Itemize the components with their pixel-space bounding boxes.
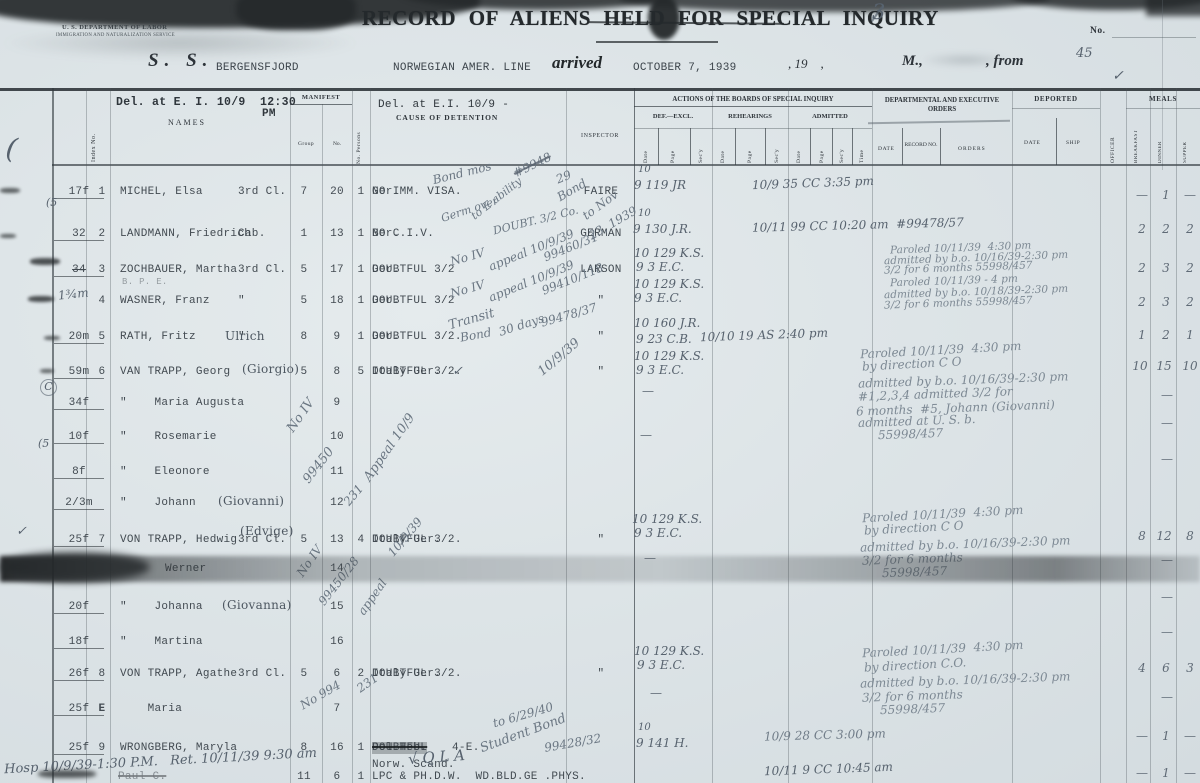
def-excl-entry: 10 129 K.S. bbox=[632, 512, 702, 526]
meals-supper: — bbox=[1178, 729, 1200, 743]
inspector-name: " bbox=[568, 668, 634, 680]
col-manifest-no: No. bbox=[323, 141, 351, 147]
col-dept-exec: DEPARTMENTAL AND EXECUTIVE ORDERS bbox=[876, 97, 1008, 114]
class: Cab. bbox=[238, 228, 266, 240]
persons-count: 1 bbox=[354, 228, 368, 240]
passenger-name: Paul C. bbox=[118, 771, 166, 783]
ink-smear bbox=[40, 369, 54, 373]
year-blank: , 19 , bbox=[788, 56, 824, 72]
manifest-no: 8 bbox=[324, 366, 350, 378]
meals-dash: — bbox=[1150, 416, 1184, 430]
col-names: NAMES bbox=[168, 118, 206, 127]
def-excl-entry: 10 129 K.S. bbox=[634, 349, 704, 363]
manifest-no: 7 bbox=[324, 703, 350, 715]
col-pm: PM bbox=[262, 108, 276, 120]
ink-smear bbox=[0, 188, 20, 193]
row-no: 2 bbox=[92, 228, 112, 240]
col-deported: DEPORTED bbox=[1012, 95, 1100, 103]
col-supper: Supper bbox=[1183, 117, 1188, 163]
col-date: Date bbox=[643, 133, 649, 163]
meals-supper: 2 bbox=[1178, 261, 1200, 275]
col-del-cause: Del. at E.I. 10/9 - bbox=[378, 99, 509, 111]
ink-smudge bbox=[1146, 0, 1200, 16]
smudge-blob bbox=[0, 552, 150, 582]
table-line bbox=[52, 164, 1200, 166]
table-line bbox=[765, 128, 766, 165]
manifest-group: 5 bbox=[294, 668, 314, 680]
meridiem-label: M., bbox=[902, 53, 923, 70]
scanned-document: U. S. DEPARTMENT OF LABOR IMMIGRATION AN… bbox=[0, 0, 1200, 783]
manifest-no: 9 bbox=[324, 397, 350, 409]
dept-sublabel: IMMIGRATION AND NATURALIZATION SERVICE bbox=[56, 33, 175, 38]
table-line bbox=[735, 128, 736, 165]
col-breakfast: Breakfast bbox=[1134, 117, 1139, 163]
row-no: 6 bbox=[92, 366, 112, 378]
manifest-no: 11 bbox=[324, 466, 350, 478]
meals-dinner: 2 bbox=[1154, 222, 1178, 236]
col-orders: Orders bbox=[958, 146, 986, 152]
table-line bbox=[810, 128, 811, 165]
class: " bbox=[238, 331, 245, 343]
index-no: 8f bbox=[54, 466, 104, 479]
detention-cause: DOUBTFUL 3/2 bbox=[372, 264, 455, 276]
meals-breakfast: — bbox=[1130, 188, 1154, 202]
manifest-group: 5 bbox=[294, 534, 314, 546]
passenger-name: " Eleonore bbox=[120, 466, 210, 478]
def-excl-entry: 10 bbox=[638, 164, 651, 175]
meals-dash: — bbox=[1150, 590, 1184, 604]
def-excl-entry: 9 3 E.C. bbox=[634, 526, 682, 540]
table-line bbox=[0, 88, 1200, 91]
manifest-no: 10 bbox=[324, 431, 350, 443]
ink-smear bbox=[0, 234, 16, 238]
orders-entry: 55998/457 bbox=[878, 426, 944, 442]
passenger-name: VAN TRAPP, Georg bbox=[120, 366, 230, 378]
col-date: Date bbox=[878, 146, 894, 152]
table-line bbox=[658, 128, 659, 165]
meals-breakfast: 8 bbox=[1130, 529, 1154, 543]
class: 3rd Cl. bbox=[238, 668, 286, 680]
col-manifest: MANIFEST bbox=[290, 94, 352, 101]
meals-breakfast: 2 bbox=[1130, 261, 1154, 275]
manifest-no: 13 bbox=[324, 534, 350, 546]
meals-breakfast: — bbox=[1130, 729, 1154, 743]
meals-breakfast: 10 bbox=[1128, 359, 1152, 373]
class: 3rd Cl. bbox=[238, 534, 286, 546]
index-no: 18f bbox=[54, 636, 104, 649]
manifest-group: 5 bbox=[294, 264, 314, 276]
meals-dinner: 3 bbox=[1154, 295, 1178, 309]
passenger-name: " Maria Augusta bbox=[120, 397, 244, 409]
col-group: Group bbox=[291, 141, 321, 147]
col-secy: Sec'y bbox=[774, 133, 780, 163]
meals-dinner: 2 bbox=[1154, 328, 1178, 342]
arrived-stamp: arrived bbox=[552, 53, 602, 73]
manifest-group: 11 bbox=[294, 771, 314, 783]
passenger-name: WASNER, Franz bbox=[120, 295, 210, 307]
meals-supper: — bbox=[1178, 766, 1200, 780]
ink-smear bbox=[28, 296, 54, 302]
def-excl-entry: 9 3 E.C. bbox=[634, 291, 682, 305]
meals-supper: 10 bbox=[1178, 359, 1200, 373]
meals-breakfast: 2 bbox=[1130, 295, 1154, 309]
passenger-name: ZOCHBAUER, Martha bbox=[120, 264, 237, 276]
manifest-no: 6 bbox=[324, 771, 350, 783]
meals-breakfast: 4 bbox=[1130, 661, 1154, 675]
meals-dinner: 1 bbox=[1154, 729, 1178, 743]
col-officer: Officer bbox=[1110, 123, 1116, 163]
ink-smear bbox=[30, 258, 60, 265]
manifest-no: 9 bbox=[324, 331, 350, 343]
column-dash: — bbox=[642, 384, 654, 398]
passenger-name: Maria bbox=[120, 703, 182, 715]
col-page: Page bbox=[670, 133, 676, 163]
page-title: RECORD OF ALIENS HELD FOR SPECIAL INQUIR… bbox=[362, 6, 939, 31]
manifest-no: 20 bbox=[324, 186, 350, 198]
class: 3rd Cl. bbox=[238, 186, 286, 198]
col-persons: No. Persons bbox=[356, 110, 362, 164]
def-excl-entry: 9 3 E.C. bbox=[636, 260, 684, 274]
col-date: Date bbox=[796, 133, 802, 163]
table-row: Paul C.1161Norw. Scand.LPC & PH.D.W. WD.… bbox=[0, 771, 1200, 783]
persons-count: 1 bbox=[354, 742, 368, 754]
col-dinner: Dinner bbox=[1158, 117, 1163, 163]
meals-dinner: 1 bbox=[1154, 766, 1178, 780]
def-excl-entry: 9 23 C.B. bbox=[636, 332, 692, 346]
meals-dash: — bbox=[1150, 388, 1184, 402]
index-no: 34f bbox=[54, 397, 104, 410]
manifest-group: 8 bbox=[294, 331, 314, 343]
col-admitted: Admitted bbox=[788, 113, 872, 120]
manifest-no: 17 bbox=[324, 264, 350, 276]
def-excl-entry: 9 119 JR bbox=[634, 178, 686, 192]
class: 3rd Cl. bbox=[238, 264, 286, 276]
table-line bbox=[1126, 108, 1200, 109]
table-row: 25fE Maria7 bbox=[0, 703, 1200, 721]
def-excl-entry: 10 129 K.S. bbox=[634, 277, 704, 291]
row-no: 8 bbox=[92, 668, 112, 680]
detention-cause: DOUBTFUL 3/2 bbox=[372, 295, 455, 307]
handwritten-note: √ Q L A bbox=[407, 746, 465, 768]
passenger-name: " Rosemarie bbox=[120, 431, 217, 443]
detention-cause: DOUBTFUL 3/2. bbox=[372, 668, 462, 680]
admitted-entry: 10/9 28 CC 3:00 pm bbox=[764, 726, 886, 743]
no-label: No. bbox=[1090, 26, 1106, 36]
detention-cause: NO C.I.V. bbox=[372, 228, 434, 240]
ink-smear bbox=[38, 770, 96, 778]
col-index: Index No. bbox=[91, 122, 97, 162]
detention-cause: NO IMM. VISA. bbox=[372, 186, 462, 198]
meals-supper: 2 bbox=[1178, 295, 1200, 309]
passenger-name: " Johanna bbox=[120, 601, 203, 613]
handwritten-name: (Giovanni) bbox=[218, 494, 284, 508]
manifest-group: 5 bbox=[294, 295, 314, 307]
col-time: Time bbox=[859, 133, 865, 163]
def-excl-entry: 10 129 K.S. bbox=[634, 644, 704, 658]
manifest-group: 7 bbox=[294, 186, 314, 198]
manifest-no: 18 bbox=[324, 295, 350, 307]
col-page: Page bbox=[819, 133, 825, 163]
manifest-no: 13 bbox=[324, 228, 350, 240]
col-date: Date bbox=[720, 133, 726, 163]
table-line bbox=[852, 128, 853, 165]
def-excl-entry: 10 bbox=[638, 208, 651, 219]
meals-supper: 3 bbox=[1178, 661, 1200, 675]
meals-supper: 1 bbox=[1178, 328, 1200, 342]
def-excl-entry: 9 141 H. bbox=[636, 736, 688, 750]
column-dash: — bbox=[640, 428, 652, 442]
passenger-name: VON TRAPP, Agathe bbox=[120, 668, 237, 680]
handwritten-check: ✓ bbox=[452, 364, 463, 379]
def-excl-entry: 10 129 K.S. bbox=[634, 246, 704, 260]
col-actions: ACTIONS OF THE BOARDS OF SPECIAL INQUIRY bbox=[635, 96, 871, 103]
col-def-excl: Def.—Excl. bbox=[634, 113, 712, 120]
row-no: 1 bbox=[92, 186, 112, 198]
smudge-band bbox=[0, 556, 1200, 582]
column-dash: — bbox=[650, 686, 662, 700]
table-line bbox=[1012, 108, 1100, 109]
manifest-no: 6 bbox=[324, 668, 350, 680]
meals-supper: 2 bbox=[1178, 222, 1200, 236]
passenger-name: " Johann bbox=[120, 497, 196, 509]
meals-dinner: 3 bbox=[1154, 261, 1178, 275]
detention-cause: DOUBTFUL 3/2. bbox=[372, 366, 462, 378]
col-secy: Sec'y bbox=[698, 133, 704, 163]
table-line bbox=[832, 128, 833, 165]
meals-dash: — bbox=[1150, 452, 1184, 466]
detention-cause: DOUBTFUL 3/2. bbox=[372, 534, 462, 546]
persons-count: 1 bbox=[354, 186, 368, 198]
persons-count: 4 bbox=[354, 534, 368, 546]
row-no: 5 bbox=[92, 331, 112, 343]
col-secy: Sec'y bbox=[839, 133, 845, 163]
meals-breakfast: — bbox=[1130, 766, 1154, 780]
index-no: 20f bbox=[54, 601, 104, 614]
row-no: 7 bbox=[92, 534, 112, 546]
table-line bbox=[690, 128, 691, 165]
col-inspector: Inspector bbox=[566, 133, 634, 139]
persons-count: 1 bbox=[354, 771, 368, 783]
table-line bbox=[1056, 118, 1057, 165]
persons-count: 1 bbox=[354, 331, 368, 343]
detention-cause: LPC & PH.D.W. WD.BLD.GE .PHYS. bbox=[372, 771, 586, 783]
col-page: Page bbox=[747, 133, 753, 163]
table-row: 8f" Eleonore11 bbox=[0, 466, 1200, 484]
meals-supper: — bbox=[1178, 188, 1200, 202]
manifest-group: 5 bbox=[294, 366, 314, 378]
table-line bbox=[634, 128, 872, 129]
col-meals: MEALS bbox=[1126, 95, 1200, 103]
col-rehearings: Rehearings bbox=[712, 113, 788, 120]
def-excl-entry: 10 bbox=[638, 722, 651, 733]
persons-count: 1 bbox=[354, 264, 368, 276]
margin-note: (5 bbox=[46, 196, 57, 209]
handwritten-note: 45 bbox=[1076, 46, 1093, 61]
meals-dinner: 12 bbox=[1152, 529, 1176, 543]
table-line bbox=[634, 106, 872, 107]
ss-label: S. S. bbox=[148, 50, 213, 72]
index-no: 10f bbox=[54, 431, 104, 444]
def-excl-entry: 9 130 J.R. bbox=[633, 222, 692, 236]
table-row: 20f" Johanna(Giovanna)15 bbox=[0, 601, 1200, 619]
passenger-name: VON TRAPP, Hedwig bbox=[120, 534, 237, 546]
ink-smear bbox=[44, 336, 60, 340]
meals-dinner: 6 bbox=[1154, 661, 1178, 675]
inspector-name: " bbox=[568, 366, 634, 378]
index-no: 2/3m bbox=[54, 497, 104, 510]
persons-count: 1 bbox=[354, 295, 368, 307]
meals-dinner: 1 bbox=[1154, 188, 1178, 202]
handwritten-name: (Giovanna) bbox=[222, 598, 292, 612]
meals-breakfast: 2 bbox=[1130, 222, 1154, 236]
row-no: 9 bbox=[92, 742, 112, 754]
manifest-no: 16 bbox=[324, 742, 350, 754]
orders-entry: 55998/457 bbox=[880, 701, 946, 717]
meals-dash: — bbox=[1150, 625, 1184, 639]
persons-count: 5 bbox=[354, 366, 368, 378]
title-underline bbox=[596, 41, 718, 43]
manifest-group: 1 bbox=[294, 228, 314, 240]
arrival-date: OCTOBER 7, 1939 bbox=[633, 62, 737, 74]
ship-name: BERGENSFJORD bbox=[216, 62, 299, 74]
def-excl-entry: 10 160 J.R. bbox=[634, 316, 700, 330]
detention-cause: DOUBTFUL 3/2. bbox=[372, 331, 462, 343]
def-excl-entry: 9 3 E.C. bbox=[637, 658, 685, 672]
col-date: Date bbox=[1024, 140, 1040, 146]
row-no: 4 bbox=[92, 295, 112, 307]
col-record-no: Record No. bbox=[902, 142, 940, 149]
meals-supper: 8 bbox=[1178, 529, 1200, 543]
inspector-name: " bbox=[568, 534, 634, 546]
manifest-no: 16 bbox=[324, 636, 350, 648]
no-underline bbox=[1112, 37, 1196, 38]
passenger-name: MICHEL, Elsa bbox=[120, 186, 203, 198]
passenger-name: LANDMANN, Friedrich bbox=[120, 228, 251, 240]
meals-dinner: 15 bbox=[1152, 359, 1176, 373]
margin-check: ✓ bbox=[16, 524, 27, 539]
meals-breakfast: 1 bbox=[1130, 328, 1154, 342]
table-line bbox=[940, 128, 941, 165]
from-label: , from bbox=[986, 53, 1024, 70]
row-no: E bbox=[92, 703, 112, 715]
margin-paren: ( bbox=[4, 131, 19, 165]
meals-dash: — bbox=[1150, 690, 1184, 704]
margin-note: (5 bbox=[38, 437, 49, 450]
handwritten-check: ✓ bbox=[1112, 68, 1124, 84]
passenger-name: " Martina bbox=[120, 636, 203, 648]
handwritten-name: (Giorgio) bbox=[242, 362, 299, 376]
margin-circled-c: C bbox=[40, 379, 57, 396]
table-line bbox=[290, 104, 352, 105]
class: " bbox=[238, 295, 245, 307]
col-ship: Ship bbox=[1066, 140, 1080, 146]
def-excl-entry: 9 3 E.C. bbox=[636, 363, 684, 377]
col-cause: CAUSE OF DETENTION bbox=[396, 113, 498, 122]
pencil-line bbox=[868, 120, 1010, 124]
dept-label: U. S. DEPARTMENT OF LABOR bbox=[62, 24, 167, 31]
ship-line-name: NORWEGIAN AMER. LINE bbox=[393, 62, 531, 74]
table-row: 10f" Rosemarie10 bbox=[0, 431, 1200, 449]
passenger-name: RATH, Fritz bbox=[120, 331, 196, 343]
faded-stamp: B. P. E. bbox=[122, 277, 168, 287]
row-no: 3 bbox=[92, 264, 112, 276]
